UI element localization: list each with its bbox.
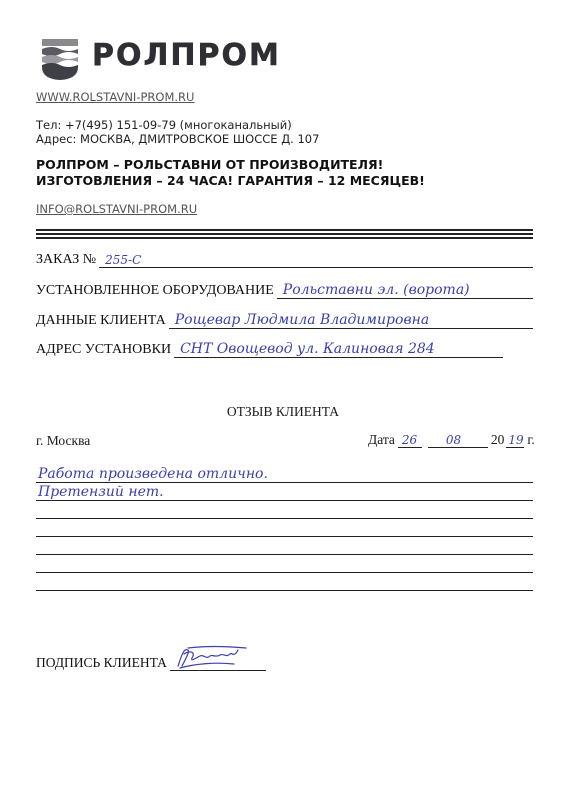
year-prefix: 20 [491,432,505,448]
signature-label: ПОДПИСЬ КЛИЕНТА [36,655,167,671]
date-year-field[interactable]: 19 [506,431,524,448]
install-address-label: АДРЕС УСТАНОВКИ [36,342,171,358]
install-address-value: СНТ Овощевод ул. Калиновая 284 [180,341,435,357]
brand-name: РОЛПРОМ [92,38,281,73]
review-lines: Работа произведена отлично. Претензий не… [36,465,533,591]
client-value: Рощевар Людмила Владимировна [175,312,429,328]
equipment-value: Рольставни эл. (ворота) [283,282,470,298]
date-year-value: 19 [508,433,523,447]
email-link[interactable]: INFO@ROLSTAVNI-PROM.RU [36,202,197,216]
review-line[interactable] [36,501,533,519]
date-field: Дата 26 08 20 19 г. [368,431,535,448]
client-line[interactable]: Рощевар Людмила Владимировна [169,310,533,329]
review-line[interactable]: Работа произведена отлично. [36,465,533,483]
slogan-line-1: РОЛПРОМ – РОЛЬСТАВНИ ОТ ПРОИЗВОДИТЕЛЯ! [36,157,383,173]
phone-line: Тел: +7(495) 151-09-79 (многоканальный) [36,118,292,132]
signature-line[interactable] [170,650,266,671]
date-label: Дата [368,432,395,448]
review-line[interactable] [36,537,533,555]
order-value: 255-С [105,253,141,267]
signature-field: ПОДПИСЬ КЛИЕНТА [36,650,266,671]
date-month-value: 08 [446,433,461,447]
install-address-line[interactable]: СНТ Овощевод ул. Калиновая 284 [174,339,503,358]
client-field: ДАННЫЕ КЛИЕНТА Рощевар Людмила Владимиро… [36,310,533,329]
order-line[interactable]: 255-С [99,249,533,268]
equipment-line[interactable]: Рольставни эл. (ворота) [277,280,533,299]
review-title: ОТЗЫВ КЛИЕНТА [0,404,566,420]
website-link[interactable]: WWW.ROLSTAVNI-PROM.RU [36,90,194,104]
date-day-value: 26 [402,433,417,447]
equipment-field: УСТАНОВЛЕННОЕ ОБОРУДОВАНИЕ Рольставни эл… [36,280,533,299]
date-month-field[interactable]: 08 [428,431,488,448]
wave-shield-icon [40,37,80,81]
review-line[interactable] [36,555,533,573]
review-line[interactable] [36,519,533,537]
address-line: Адрес: МОСКВА, ДМИТРОВСКОЕ ШОССЕ Д. 107 [36,132,319,146]
order-label: ЗАКАЗ № [36,252,96,268]
address-field: АДРЕС УСТАНОВКИ СНТ Овощевод ул. Калинов… [36,339,503,358]
city-label: г. Москва [36,433,90,449]
equipment-label: УСТАНОВЛЕННОЕ ОБОРУДОВАНИЕ [36,283,274,299]
order-field: ЗАКАЗ № 255-С [36,249,533,268]
year-unit: г. [527,432,534,448]
triple-divider [36,229,533,241]
handwritten-signature-icon [174,644,254,670]
date-day-field[interactable]: 26 [398,431,422,448]
review-line[interactable]: Претензий нет. [36,483,533,501]
slogan-line-2: ИЗГОТОВЛЕНИЯ – 24 ЧАСА! ГАРАНТИЯ – 12 МЕ… [36,173,425,189]
review-line[interactable] [36,573,533,591]
client-label: ДАННЫЕ КЛИЕНТА [36,313,166,329]
